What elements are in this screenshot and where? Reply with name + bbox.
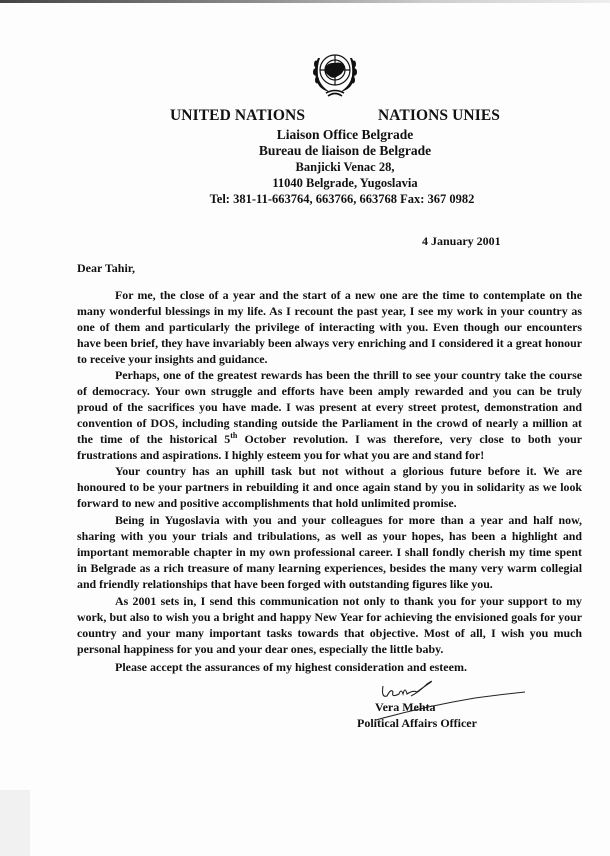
scan-edge xyxy=(0,0,610,3)
body-paragraph: For me, the close of a year and the star… xyxy=(77,287,582,367)
letter-date: 4 January 2001 xyxy=(422,234,501,249)
body-paragraph: As 2001 sets in, I send this communicati… xyxy=(77,593,582,657)
org-name-english: UNITED NATIONS xyxy=(170,107,305,125)
body-paragraph: Your country has an uphill task but not … xyxy=(77,463,582,511)
street-address: Banjicki Venac 28, xyxy=(40,160,610,175)
org-name-french: NATIONS UNIES xyxy=(378,107,500,125)
office-name-english: Liaison Office Belgrade xyxy=(40,127,610,143)
body-paragraph: Being in Yugoslavia with you and your co… xyxy=(77,512,582,592)
un-emblem-icon xyxy=(308,46,362,100)
signer-name: Vera Mehta xyxy=(375,700,436,715)
signer-title: Political Affairs Officer xyxy=(357,716,477,731)
letterhead-org-row: UNITED NATIONS NATIONS UNIES xyxy=(170,107,500,127)
office-name-french: Bureau de liaison de Belgrade xyxy=(40,143,610,159)
contact-numbers: Tel: 381-11-663764, 663766, 663768 Fax: … xyxy=(37,192,610,207)
salutation: Dear Tahir, xyxy=(77,261,135,276)
city-address: 11040 Belgrade, Yugoslavia xyxy=(40,176,610,191)
scan-edge xyxy=(0,790,30,856)
closing-line: Please accept the assurances of my highe… xyxy=(115,660,467,675)
body-paragraph: Perhaps, one of the greatest rewards has… xyxy=(77,367,582,463)
